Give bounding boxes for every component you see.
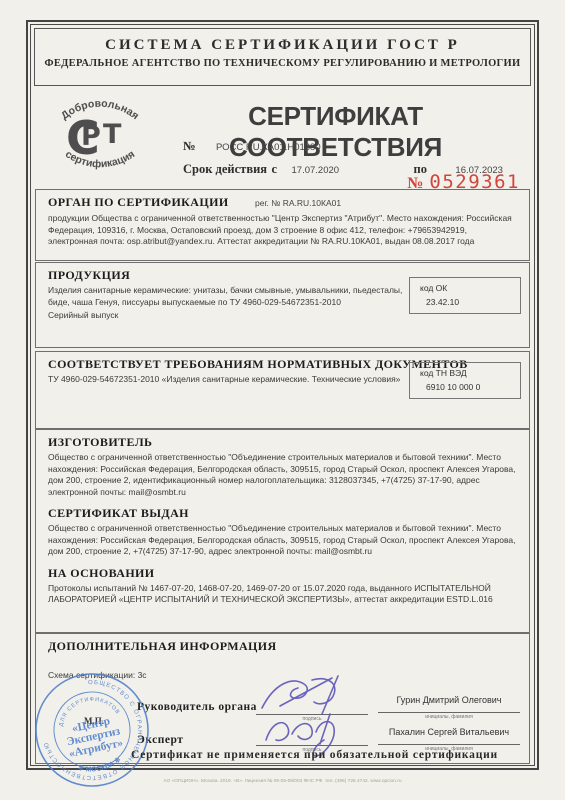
head-name-line: инициалы, фамилия <box>378 712 520 720</box>
rst-logo: Добровольная С Р Т сертификация <box>44 92 156 170</box>
section-production: ПРОДУКЦИЯ Изделия санитарные керамически… <box>35 262 530 348</box>
expert-name: Пахалин Сергей Витальевич <box>378 727 520 737</box>
logo-letter-t: Т <box>103 119 122 150</box>
system-title: СИСТЕМА СЕРТИФИКАЦИИ ГОСТ Р <box>35 37 530 54</box>
logo-letter-r: Р <box>81 121 101 152</box>
ok-code-label: код ОК <box>420 283 520 293</box>
printing-house-imprint: АО «ОПЦИОН». Москва. 2019. «В». Лицензия… <box>57 779 509 784</box>
production-release-type: Серийный выпуск <box>48 310 409 322</box>
issued-heading: СЕРТИФИКАТ ВЫДАН <box>48 506 517 521</box>
production-text: Изделия санитарные керамические: унитазы… <box>48 285 409 308</box>
footer-note: Сертификат не применяется при обязательн… <box>100 749 529 761</box>
certification-body-heading: ОРГАН ПО СЕРТИФИКАЦИИ <box>48 195 229 210</box>
conformity-text: ТУ 4960-029-54672351-2010 «Изделия санит… <box>48 374 409 386</box>
basis-heading: НА ОСНОВАНИИ <box>48 566 517 581</box>
head-role-label: Руководитель органа <box>137 701 257 713</box>
manufacturer-heading: ИЗГОТОВИТЕЛЬ <box>48 435 517 450</box>
head-name: Гурин Дмитрий Олегович <box>378 695 520 705</box>
number-sign: № <box>183 139 196 153</box>
ok-code-box: код ОК 23.42.10 <box>409 277 521 314</box>
issued-text: Общество с ограниченной ответственностью… <box>48 523 517 558</box>
tnved-code-label: код ТН ВЭД <box>420 368 520 378</box>
basis-text: Протоколы испытаний № 1467-07-20, 1468-0… <box>48 583 517 606</box>
certification-body-text: продукции Общества с ограниченной ответс… <box>48 213 517 248</box>
section-conformity: СООТВЕТСТВУЕТ ТРЕБОВАНИЯМ НОРМАТИВНЫХ ДО… <box>35 351 530 429</box>
ok-code-value: 23.42.10 <box>426 297 520 307</box>
tnved-code-box: код ТН ВЭД 6910 10 000 0 <box>409 362 521 399</box>
section-manufacturer-issued-basis: ИЗГОТОВИТЕЛЬ Общество с ограниченной отв… <box>35 429 530 633</box>
certificate-number: РОСС RU.КА01.Н01380 <box>216 142 321 153</box>
section-certification-body: ОРГАН ПО СЕРТИФИКАЦИИ рег. № RA.RU.10КА0… <box>35 189 530 261</box>
validity-from-label: с <box>272 162 278 176</box>
agency-title: ФЕДЕРАЛЬНОЕ АГЕНТСТВО ПО ТЕХНИЧЕСКОМУ РЕ… <box>35 58 530 69</box>
certification-body-reg-number: рег. № RA.RU.10КА01 <box>255 198 341 208</box>
tnved-code-value: 6910 10 000 0 <box>426 382 520 392</box>
header: СИСТЕМА СЕРТИФИКАЦИИ ГОСТ Р ФЕДЕРАЛЬНОЕ … <box>34 28 531 86</box>
validity-label: Срок действия <box>183 162 267 176</box>
additional-info-heading: ДОПОЛНИТЕЛЬНАЯ ИНФОРМАЦИЯ <box>48 639 517 654</box>
manufacturer-text: Общество с ограниченной ответственностью… <box>48 452 517 498</box>
certificate-number-row: № РОСС RU.КА01.Н01380 <box>183 137 321 155</box>
validity-from-date: 17.07.2020 <box>292 165 340 176</box>
certificate-page: СИСТЕМА СЕРТИФИКАЦИИ ГОСТ Р ФЕДЕРАЛЬНОЕ … <box>0 0 565 800</box>
